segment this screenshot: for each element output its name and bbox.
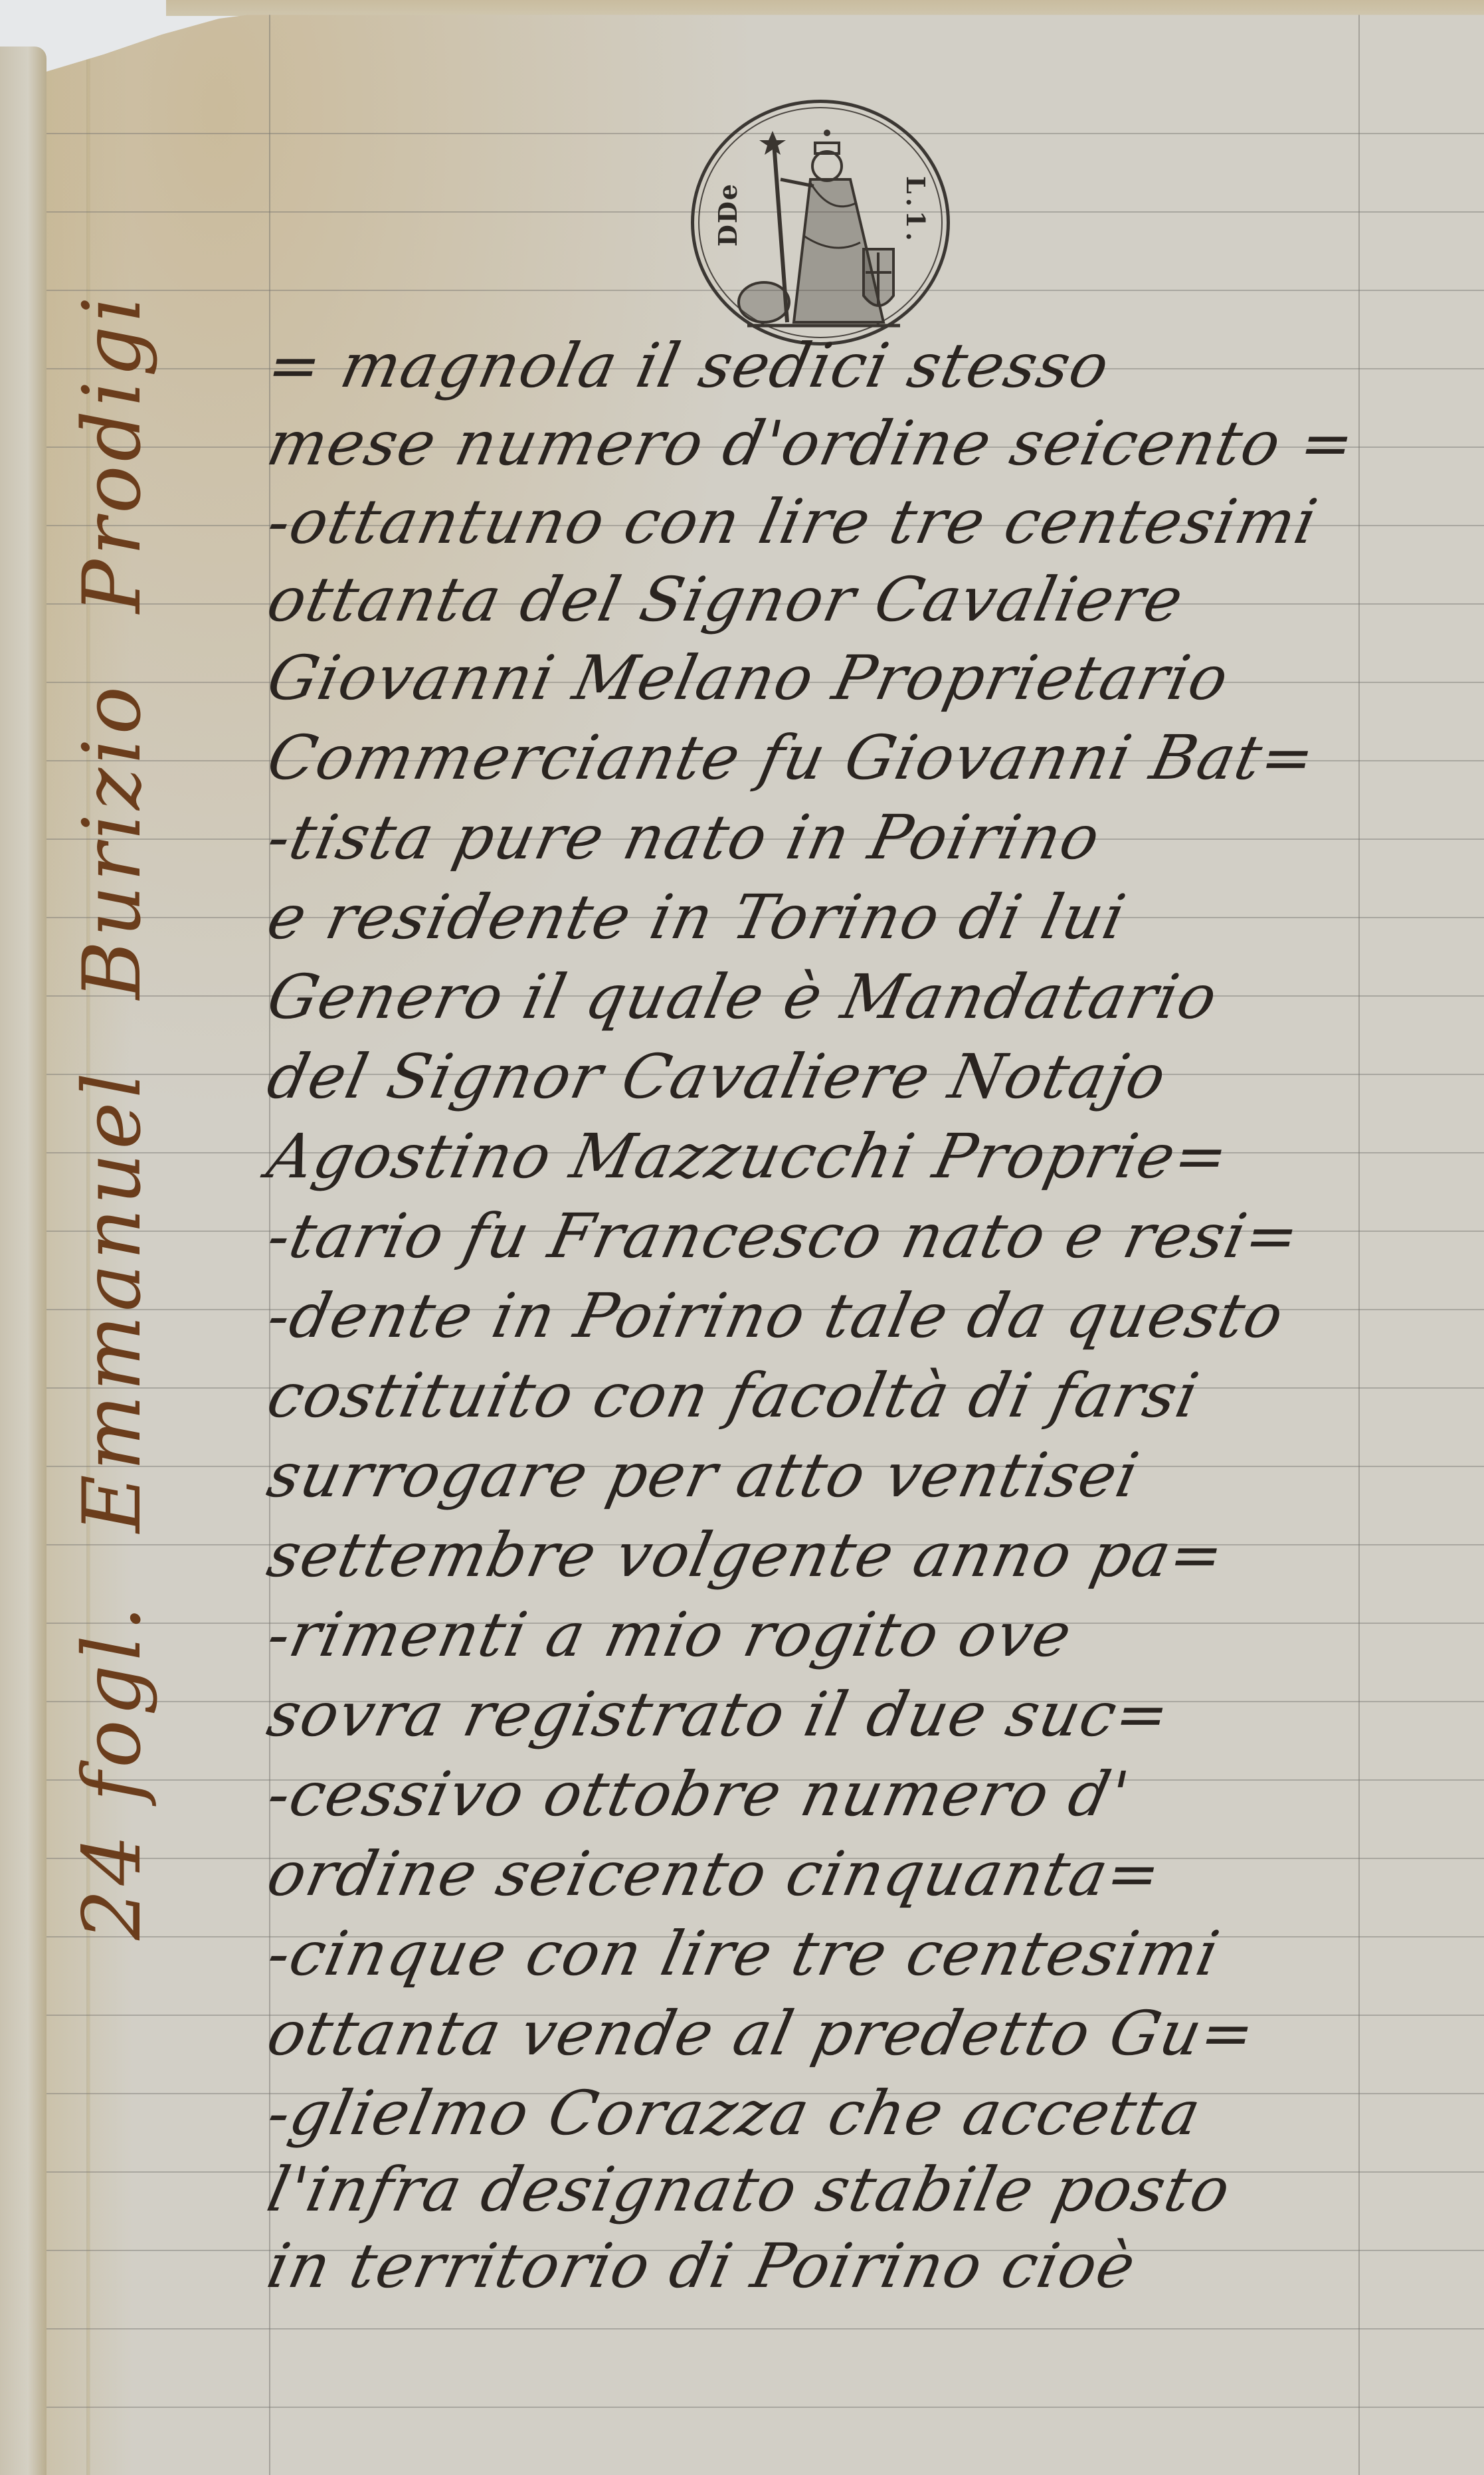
adjacent-page-strip <box>0 47 46 2475</box>
text-line: ordine seicento cinquanta= <box>262 1844 1166 1905</box>
text-line: in territorio di Poirino cioè <box>262 2236 1141 2297</box>
text-line: Commerciante fu Giovanni Bat= <box>262 728 1321 789</box>
margin-annotation-fee: Prodigi <box>66 292 159 613</box>
ruled-line <box>46 2328 1484 2329</box>
margin-annotation-name: Emmanuel <box>66 1068 159 1533</box>
margin-annotation-folio: 24 fogl. <box>66 1602 159 1940</box>
text-line: -dente in Poirino tale da questo <box>262 1286 1289 1347</box>
text-line: del Signor Cavaliere Notajo <box>262 1046 1172 1108</box>
text-line: -tario fu Francesco nato e resi= <box>262 1206 1305 1267</box>
revenue-stamp: DDe L.1. <box>691 100 950 346</box>
stamp-right-legend: L.1. <box>901 176 931 245</box>
text-line: = magnola il sedici stesso <box>262 336 1115 397</box>
text-line: Giovanni Melano Proprietario <box>262 648 1234 709</box>
text-line: -rimenti a mio rogito ove <box>262 1605 1077 1666</box>
text-line: -ottantuno con lire tre centesimi <box>262 492 1323 553</box>
text-line: Agostino Mazzucchi Proprie= <box>262 1126 1234 1187</box>
text-line: settembre volgente anno pa= <box>262 1525 1230 1586</box>
right-margin-rule <box>1358 10 1360 2475</box>
text-line: ottanta vende al predetto Gu= <box>262 2003 1261 2064</box>
back-page-edge <box>166 0 1484 16</box>
text-line: -cinque con lire tre centesimi <box>262 1924 1225 1985</box>
text-line: -tista pure nato in Poirino <box>262 807 1106 868</box>
text-line: surrogare per atto ventisei <box>262 1445 1145 1506</box>
margin-annotation: 24 fogl. Emmanuel Burizio Prodigi <box>66 545 159 1940</box>
text-line: -glielmo Corazza che accetta <box>262 2083 1206 2144</box>
text-line: costituito con facoltà di farsi <box>262 1365 1204 1427</box>
text-line: mese numero d'ordine seicento = <box>262 413 1360 474</box>
ruled-line <box>46 2407 1484 2408</box>
text-line: sovra registrato il due suc= <box>262 1684 1176 1745</box>
text-line: Genero il quale è Mandatario <box>262 967 1223 1028</box>
stamp-left-legend: DDe <box>713 183 753 247</box>
text-line: l'infra designato stabile posto <box>262 2159 1236 2221</box>
margin-annotation-surname: Burizio <box>66 682 159 999</box>
text-line: -cessivo ottobre numero d' <box>262 1764 1135 1825</box>
text-line: ottanta del Signor Cavaliere <box>262 569 1189 631</box>
text-line: e residente in Torino di lui <box>262 887 1131 948</box>
